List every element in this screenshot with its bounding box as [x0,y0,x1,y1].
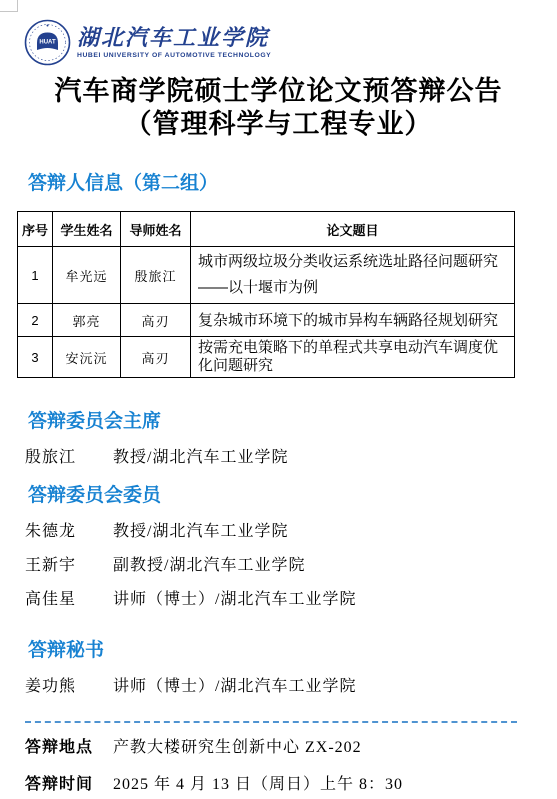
chair-member: 殷旅江教授/湖北汽车工业学院 [25,447,557,469]
time-label: 答辩时间 [25,773,93,797]
member-title: 讲师（博士）/湖北汽车工业学院 [113,678,356,695]
member-name: 王新宇 [25,555,87,577]
member-name: 高佳星 [25,589,87,611]
cell-thesis: 城市两级垃圾分类收运系统选址路径问题研究——以十堰市为例 [191,247,515,304]
col-header-advisor: 导师姓名 [121,212,191,247]
time-value: 2025 年 4 月 13 日（周日）上午 8：30 [113,776,403,793]
university-name-cn: 湖北汽车工业学院 [77,26,271,50]
defense-time-line: 答辩时间2025 年 4 月 13 日（周日）上午 8：30 [25,773,557,797]
svg-text:HUAT: HUAT [39,39,56,45]
corner-mark [0,0,18,12]
heading-secretary: 答辩秘书 [28,638,557,664]
member-title: 教授/湖北汽车工业学院 [113,523,288,540]
member-name: 殷旅江 [25,447,87,469]
table-row: 1 牟光远 殷旅江 城市两级垃圾分类收运系统选址路径问题研究——以十堰市为例 [18,247,515,304]
logo-text: 湖北汽车工业学院 HUBEI UNIVERSITY OF AUTOMOTIVE … [77,26,271,59]
university-logo: HUAT 湖北汽车工业学院 HUBEI UNIVERSITY OF AUTOMO… [0,0,557,66]
member-name: 姜功熊 [25,676,87,698]
announcement-page: HUAT 湖北汽车工业学院 HUBEI UNIVERSITY OF AUTOMO… [0,0,557,799]
table-row: 3 安沅沅 高刃 按需充电策略下的单程式共享电动汽车调度优 化问题研究 [18,337,515,378]
cell-student: 郭亮 [53,304,121,337]
committee-member: 高佳星讲师（博士）/湖北汽车工业学院 [25,589,557,611]
cell-student: 牟光远 [53,247,121,304]
member-title: 教授/湖北汽车工业学院 [113,449,288,466]
dashed-divider [25,721,517,723]
table-row: 2 郭亮 高刃 复杂城市环境下的城市异构车辆路径规划研究 [18,304,515,337]
cell-no: 1 [18,247,53,304]
defense-location-line: 答辩地点产教大楼研究生创新中心 ZX-202 [25,736,557,760]
cell-advisor: 高刃 [121,304,191,337]
heading-committee-chair: 答辩委员会主席 [28,409,557,435]
page-title: 汽车商学院硕士学位论文预答辩公告 （管理科学与工程专业） [0,75,557,141]
university-emblem-icon: HUAT [24,19,71,66]
secretary-member: 姜功熊讲师（博士）/湖北汽车工业学院 [25,676,557,698]
cell-no: 3 [18,337,53,378]
col-header-thesis: 论文题目 [191,212,515,247]
university-name-en: HUBEI UNIVERSITY OF AUTOMOTIVE TECHNOLOG… [77,52,271,59]
col-header-student: 学生姓名 [53,212,121,247]
location-label: 答辩地点 [25,736,93,760]
committee-member: 朱德龙教授/湖北汽车工业学院 [25,521,557,543]
cell-no: 2 [18,304,53,337]
page-title-line1: 汽车商学院硕士学位论文预答辩公告 [0,75,557,108]
location-value: 产教大楼研究生创新中心 ZX-202 [113,739,362,756]
member-title: 副教授/湖北汽车工业学院 [113,557,305,574]
cell-advisor: 殷旅江 [121,247,191,304]
cell-thesis: 复杂城市环境下的城市异构车辆路径规划研究 [191,304,515,337]
member-name: 朱德龙 [25,521,87,543]
page-title-line2: （管理科学与工程专业） [0,108,557,141]
committee-member: 王新宇副教授/湖北汽车工业学院 [25,555,557,577]
heading-defender-info: 答辩人信息（第二组） [28,171,557,197]
cell-student: 安沅沅 [53,337,121,378]
cell-thesis: 按需充电策略下的单程式共享电动汽车调度优 化问题研究 [191,337,515,378]
col-header-no: 序号 [18,212,53,247]
defenders-table: 序号 学生姓名 导师姓名 论文题目 1 牟光远 殷旅江 城市两级垃圾分类收运系统… [17,211,515,378]
cell-advisor: 高刃 [121,337,191,378]
heading-committee-members: 答辩委员会委员 [28,483,557,509]
member-title: 讲师（博士）/湖北汽车工业学院 [113,591,356,608]
table-header-row: 序号 学生姓名 导师姓名 论文题目 [18,212,515,247]
